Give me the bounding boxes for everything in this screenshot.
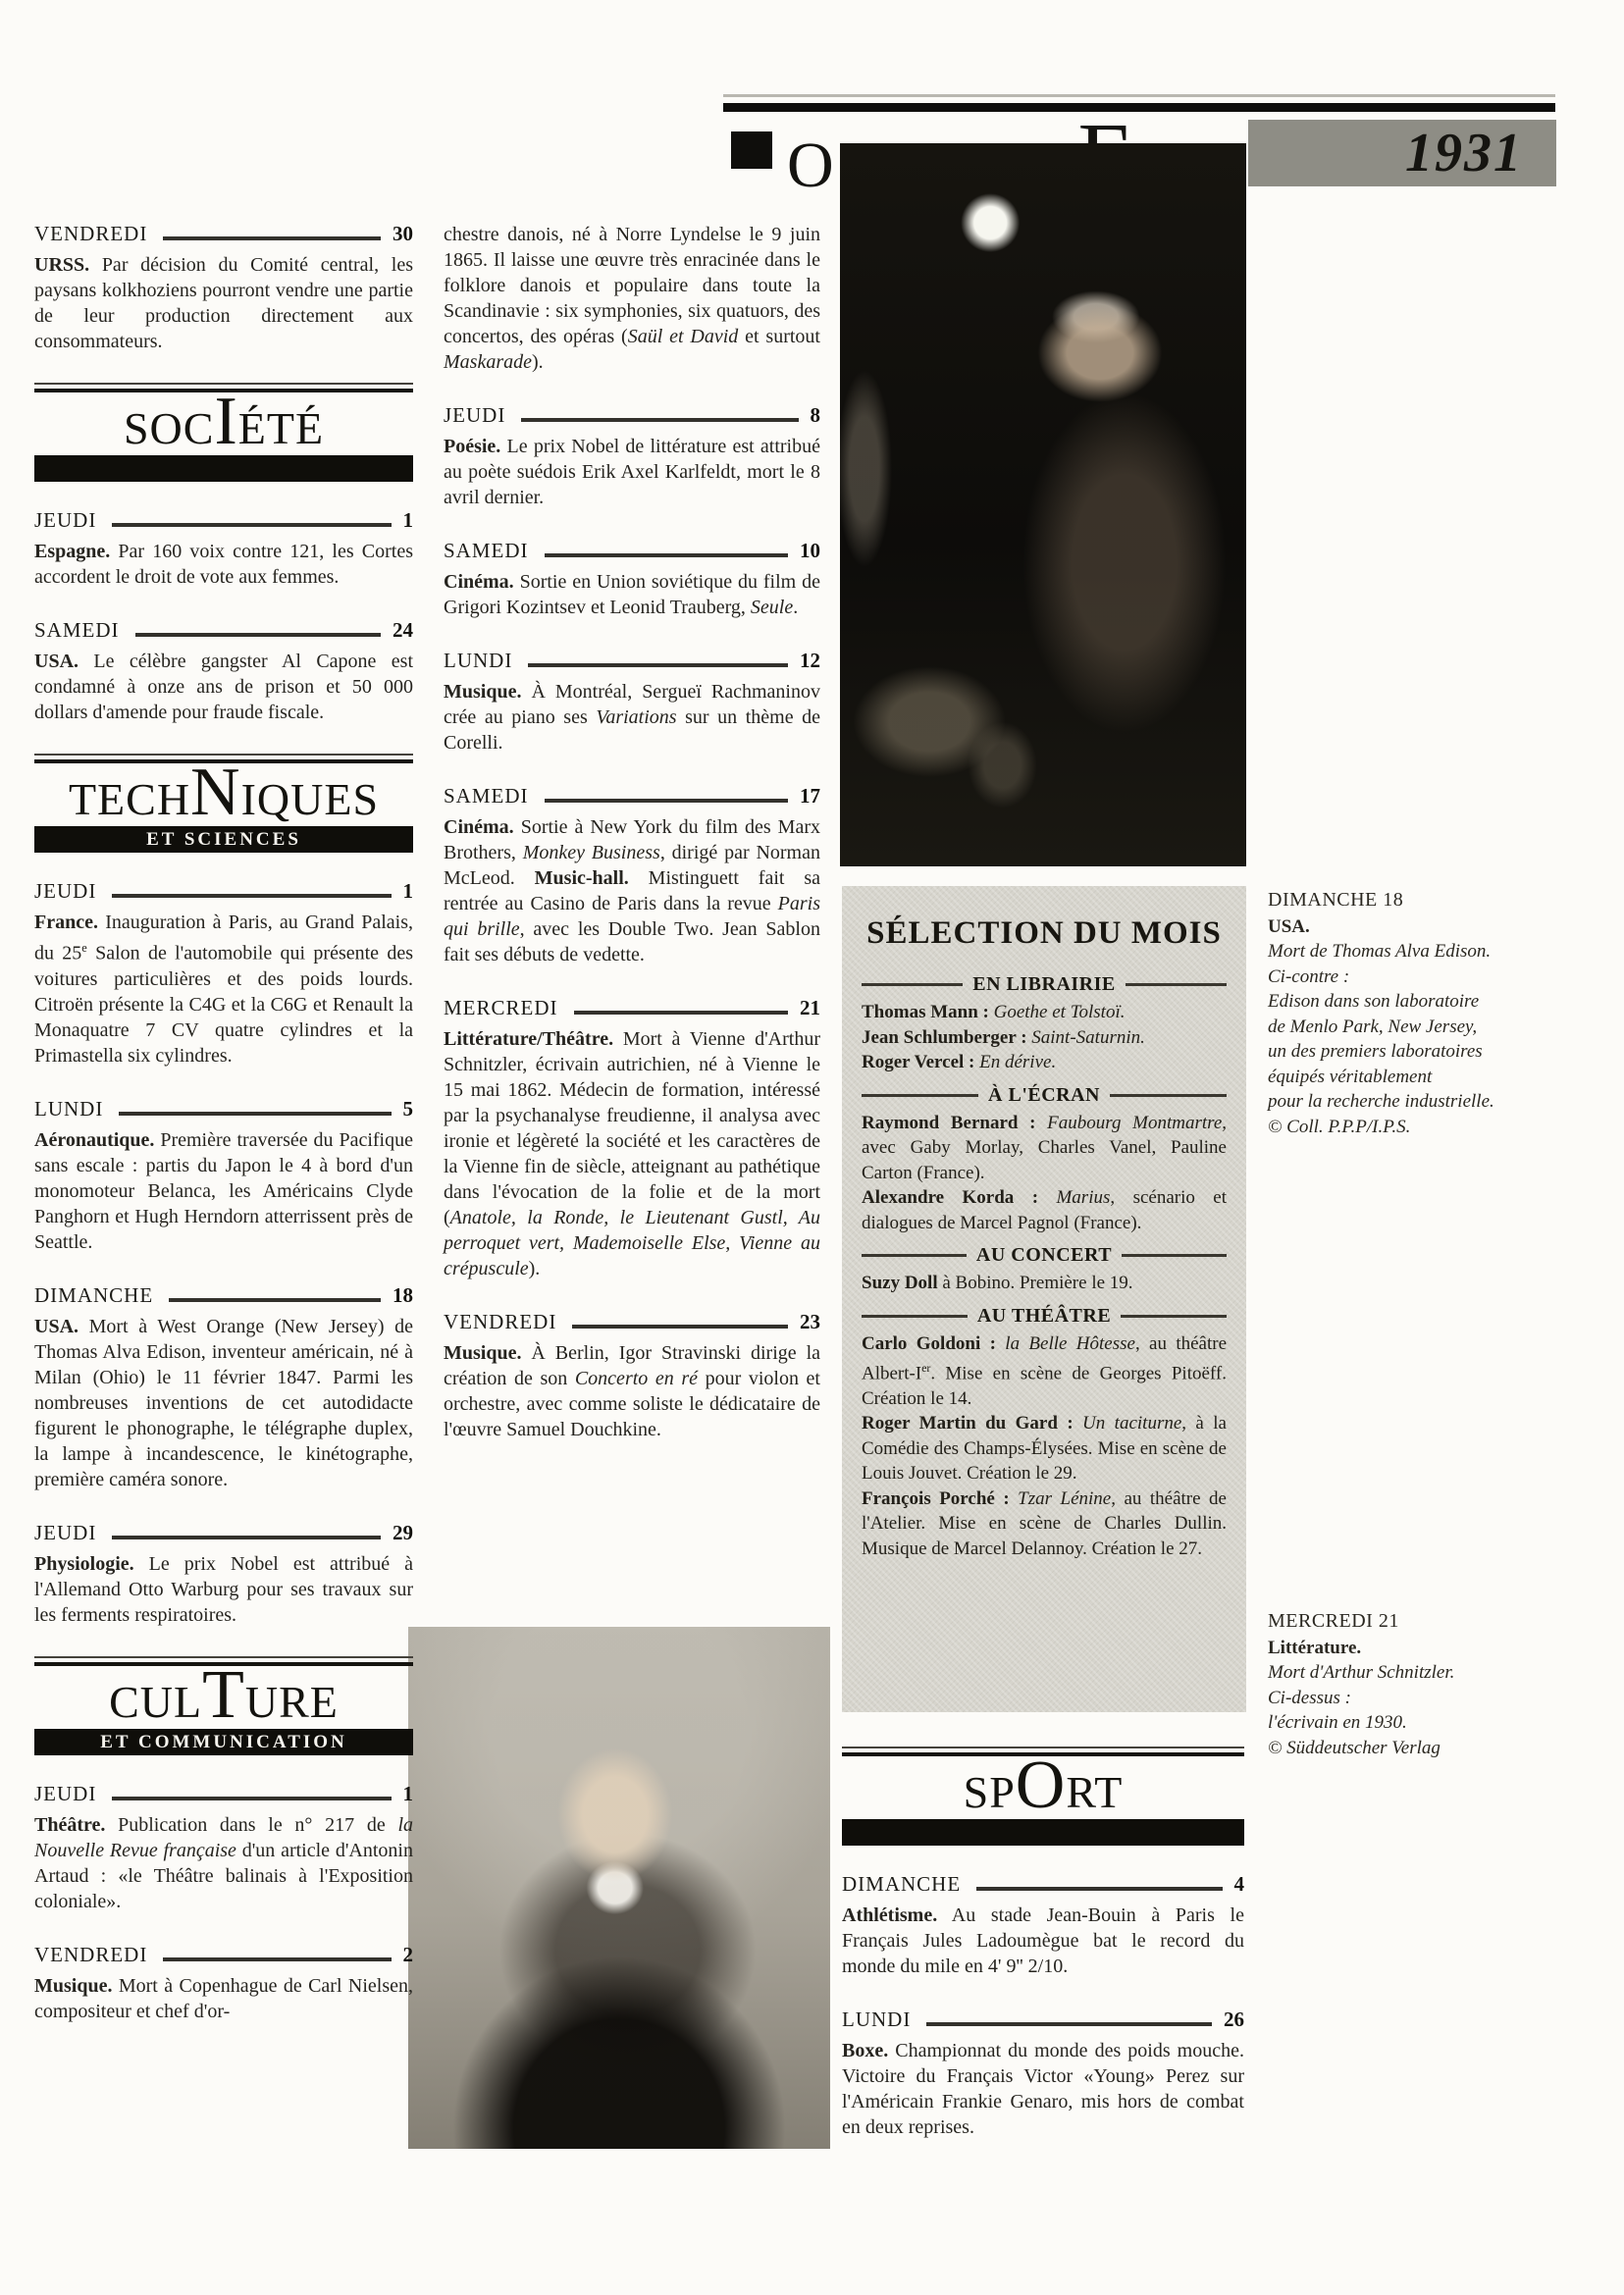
entry-text: Musique. À Montréal, Sergueï Rachmaninov… xyxy=(444,679,820,756)
caption-line: Edison dans son laboratoire xyxy=(1268,989,1592,1015)
entry-text: Poésie. Le prix Nobel de littérature est… xyxy=(444,434,820,510)
selection-title: SÉLECTION DU MOIS xyxy=(862,915,1227,952)
selection-subhead: À L'ÉCRAN xyxy=(862,1084,1227,1107)
entry-title: JEUDI1 xyxy=(34,508,413,533)
entry-title: LUNDI12 xyxy=(444,649,820,673)
text-segment: Physiologie. xyxy=(34,1553,134,1575)
text-segment xyxy=(1035,1113,1047,1133)
subhead-rule-right xyxy=(1122,1254,1227,1257)
text-segment: Par décision du Comité central, les pays… xyxy=(34,254,413,352)
entry-title-rule xyxy=(112,523,391,527)
entry-title-rule xyxy=(135,633,381,637)
entry-title: SAMEDI17 xyxy=(444,784,820,808)
year-text: 1931 xyxy=(1405,122,1523,184)
text-segment: Le prix Nobel de littérature est attribu… xyxy=(444,436,820,508)
photo-caption-edison: DIMANCHE 18USA.Mort de Thomas Alva Ediso… xyxy=(1268,888,1592,1139)
selection-du-mois-box: SÉLECTION DU MOIS EN LIBRAIRIEThomas Man… xyxy=(842,886,1246,1712)
text-segment: Cinéma. xyxy=(444,571,514,593)
text-segment: la Belle Hôtesse xyxy=(1005,1333,1135,1354)
entry-jeudi-1: JEUDI1Espagne. Par 160 voix contre 121, … xyxy=(34,508,413,590)
entry-text: Musique. Mort à Copenhague de Carl Niels… xyxy=(34,1973,413,2024)
entry-title-rule xyxy=(169,1298,381,1302)
entry-title-rule xyxy=(112,1536,381,1539)
column-sport: SPORTDIMANCHE4Athlétisme. Au stade Jean-… xyxy=(842,1739,1244,2168)
entry-title: DIMANCHE18 xyxy=(34,1283,413,1308)
entry-title-rule xyxy=(545,553,788,557)
entry-jeudi-1: JEUDI1France. Inauguration à Paris, au G… xyxy=(34,879,413,1069)
text-segment: Thomas Mann : xyxy=(862,1002,989,1022)
entry-title: JEUDI8 xyxy=(444,403,820,428)
caption-line: © Coll. P.P.P/I.P.S. xyxy=(1268,1115,1592,1140)
section-subtitle-bar xyxy=(34,455,413,482)
entry-day-label: JEUDI xyxy=(34,508,96,533)
subhead-label: À L'ÉCRAN xyxy=(978,1084,1110,1107)
text-segment: François Porché : xyxy=(862,1488,1010,1509)
caption-line: © Süddeutscher Verlag xyxy=(1268,1736,1592,1761)
section-title: SOCIÉTÉ xyxy=(34,392,413,453)
text-segment: Carlo Goldoni : xyxy=(862,1333,996,1354)
selection-groups: EN LIBRAIRIEThomas Mann : Goethe et Tols… xyxy=(862,973,1227,1561)
subhead-rule-right xyxy=(1121,1315,1227,1318)
entry-date-number: 18 xyxy=(393,1283,413,1308)
entry-samedi-17: SAMEDI17Cinéma. Sortie à New York du fil… xyxy=(444,784,820,967)
caption-line: Mort de Thomas Alva Edison. xyxy=(1268,939,1592,965)
entry-date-number: 1 xyxy=(403,1782,414,1806)
entry-date-number: 30 xyxy=(393,222,413,246)
caption-line: de Menlo Park, New Jersey, xyxy=(1268,1015,1592,1040)
text-segment: Faubourg Montmartre xyxy=(1047,1113,1222,1133)
section-header-techniques: TECHNIQUESET SCIENCES xyxy=(34,754,413,853)
caption-line: équipés véritablement xyxy=(1268,1065,1592,1090)
text-segment: Théâtre. xyxy=(34,1814,105,1836)
text-segment: Aéronautique. xyxy=(34,1129,154,1151)
caption-line: USA. xyxy=(1268,914,1592,940)
entry-day-label: DIMANCHE xyxy=(34,1283,153,1308)
entry-date-number: 5 xyxy=(403,1097,414,1121)
schnitzler-portrait-photo xyxy=(408,1627,830,2149)
selection-item: Raymond Bernard : Faubourg Montmartre, a… xyxy=(862,1111,1227,1186)
entry-date-number: 10 xyxy=(800,539,820,563)
text-segment: er xyxy=(921,1362,930,1375)
text-segment xyxy=(996,1333,1005,1354)
entry-date-number: 2 xyxy=(403,1943,414,1967)
text-segment: Concerto en ré xyxy=(575,1368,698,1389)
entry-title: VENDREDI30 xyxy=(34,222,413,246)
caption-line: Littérature. xyxy=(1268,1636,1592,1661)
entry-title-rule xyxy=(521,418,798,422)
entry-dimanche-18: DIMANCHE18USA. Mort à West Orange (New J… xyxy=(34,1283,413,1492)
entry-text: Aéronautique. Première traversée du Paci… xyxy=(34,1127,413,1255)
subhead-rule-right xyxy=(1110,1094,1227,1097)
entry-title: LUNDI5 xyxy=(34,1097,413,1121)
entry-day-label: VENDREDI xyxy=(34,1943,147,1967)
entry-text: Cinéma. Sortie à New York du film des Ma… xyxy=(444,814,820,967)
text-segment: Anatole, la Ronde, le Lieutenant Gustl, … xyxy=(444,1207,820,1279)
entry-date-number: 23 xyxy=(800,1310,820,1334)
year-badge: 1931 xyxy=(1248,120,1556,186)
caption-line: pour la recherche industrielle. xyxy=(1268,1089,1592,1115)
entry-date-number: 8 xyxy=(811,403,821,428)
subhead-rule-left xyxy=(862,983,963,986)
text-segment: Le célèbre gangster Al Capone est condam… xyxy=(34,651,413,723)
entry-title-rule xyxy=(163,1957,391,1961)
entry-text: Cinéma. Sortie en Union soviétique du fi… xyxy=(444,569,820,620)
selection-subhead: AU CONCERT xyxy=(862,1244,1227,1267)
entry-day-label: MERCREDI xyxy=(444,996,558,1020)
entry-day-label: VENDREDI xyxy=(34,222,147,246)
text-segment: Saül et David xyxy=(628,326,739,347)
entry-day-label: JEUDI xyxy=(444,403,505,428)
text-segment: Raymond Bernard : xyxy=(862,1113,1035,1133)
entry-date-number: 24 xyxy=(393,618,413,643)
entry-title: JEUDI29 xyxy=(34,1521,413,1545)
text-segment: Monkey Business xyxy=(523,842,660,863)
entry-title: DIMANCHE4 xyxy=(842,1872,1244,1897)
entry-samedi-10: SAMEDI10Cinéma. Sortie en Union soviétiq… xyxy=(444,539,820,620)
selection-item: Roger Vercel : En dérive. xyxy=(862,1050,1227,1075)
column-middle: chestre danois, né à Norre Lyndelse le 9… xyxy=(444,222,820,1471)
entry-title-rule xyxy=(528,663,788,667)
entry-text: Boxe. Championnat du monde des poids mou… xyxy=(842,2038,1244,2140)
text-segment: Littérature/Théâtre. xyxy=(444,1028,613,1050)
section-title-bigletter: I xyxy=(214,384,237,459)
text-segment: Mort à Vienne d'Arthur Schnitzler, écriv… xyxy=(444,1028,820,1228)
selection-item: Alexandre Korda : Marius, scénario et di… xyxy=(862,1185,1227,1235)
text-segment: Musique. xyxy=(444,1342,521,1364)
entry-date-number: 29 xyxy=(393,1521,413,1545)
text-segment: Marius xyxy=(1056,1187,1110,1208)
text-segment: Saint-Saturnin. xyxy=(1031,1027,1145,1048)
text-segment: USA. xyxy=(34,651,79,672)
entry-day-label: LUNDI xyxy=(842,2008,911,2032)
entry-day-label: JEUDI xyxy=(34,1782,96,1806)
entry-date-number: 1 xyxy=(403,508,414,533)
entry-title-rule xyxy=(926,2022,1212,2026)
text-segment: Roger Vercel : xyxy=(862,1052,974,1072)
selection-item: Thomas Mann : Goethe et Tolstoï. xyxy=(862,1000,1227,1025)
entry-title: JEUDI1 xyxy=(34,1782,413,1806)
entry-text: URSS. Par décision du Comité central, le… xyxy=(34,252,413,354)
text-segment: Espagne. xyxy=(34,541,110,562)
entry-title-rule xyxy=(112,894,391,898)
text-segment: Musique. xyxy=(444,681,521,703)
caption-day: DIMANCHE 18 xyxy=(1268,888,1592,913)
caption-line: Ci-contre : xyxy=(1268,965,1592,990)
entry-day-label: SAMEDI xyxy=(444,784,529,808)
entry-text: France. Inauguration à Paris, au Grand P… xyxy=(34,910,413,1069)
text-segment: Musique. xyxy=(34,1975,112,1997)
subhead-label: AU CONCERT xyxy=(967,1244,1122,1267)
caption-line: Ci-dessus : xyxy=(1268,1686,1592,1711)
entry-title-rule xyxy=(112,1797,391,1800)
entry-lundi-26: LUNDI26Boxe. Championnat du monde des po… xyxy=(842,2008,1244,2140)
entry-jeudi-29: JEUDI29Physiologie. Le prix Nobel est at… xyxy=(34,1521,413,1628)
entry-title: SAMEDI24 xyxy=(34,618,413,643)
entry-text: Physiologie. Le prix Nobel est attribué … xyxy=(34,1551,413,1628)
header-square-icon xyxy=(731,131,772,169)
section-title-text: URE xyxy=(245,1677,339,1727)
entry-day-label: SAMEDI xyxy=(444,539,529,563)
section-subtitle-bar: ET COMMUNICATION xyxy=(34,1729,413,1755)
section-header-sport: SPORT xyxy=(842,1747,1244,1846)
entry-lundi-12: LUNDI12Musique. À Montréal, Sergueï Rach… xyxy=(444,649,820,756)
entry-title: MERCREDI21 xyxy=(444,996,820,1020)
text-segment: Jean Schlumberger : xyxy=(862,1027,1027,1048)
text-segment: Boxe. xyxy=(842,2040,888,2061)
selection-item: Suzy Doll à Bobino. Première le 19. xyxy=(862,1271,1227,1296)
entry-date-number: 17 xyxy=(800,784,820,808)
subhead-label: AU THÉÂTRE xyxy=(968,1305,1121,1328)
entry-title: SAMEDI10 xyxy=(444,539,820,563)
text-segment xyxy=(1038,1187,1056,1208)
caption-line: Mort d'Arthur Schnitzler. xyxy=(1268,1660,1592,1686)
text-segment: . xyxy=(793,597,798,618)
text-segment xyxy=(1074,1413,1082,1434)
entry-text: USA. Le célèbre gangster Al Capone est c… xyxy=(34,649,413,725)
text-segment: Alexandre Korda : xyxy=(862,1187,1038,1208)
caption-line: l'écrivain en 1930. xyxy=(1268,1710,1592,1736)
entry-dimanche-4: DIMANCHE4Athlétisme. Au stade Jean-Bouin… xyxy=(842,1872,1244,1979)
section-title-text: RT xyxy=(1066,1767,1123,1817)
section-title: CULTURE xyxy=(34,1666,413,1727)
text-segment: Variations xyxy=(596,706,676,728)
entry-vendredi-2: VENDREDI2Musique. Mort à Copenhague de C… xyxy=(34,1943,413,2024)
entry-vendredi-23: VENDREDI23Musique. À Berlin, Igor Stravi… xyxy=(444,1310,820,1442)
entry-date-number: 4 xyxy=(1234,1872,1245,1897)
entry-date-number: 12 xyxy=(800,649,820,673)
entry-day-label: DIMANCHE xyxy=(842,1872,961,1897)
section-header-société: SOCIÉTÉ xyxy=(34,383,413,482)
section-title-bigletter: T xyxy=(202,1657,245,1733)
header-rule-shadow xyxy=(723,94,1555,97)
text-segment xyxy=(1010,1488,1019,1509)
section-title-text: CUL xyxy=(109,1677,202,1727)
section-title: TECHNIQUES xyxy=(34,763,413,824)
continuation-text: chestre danois, né à Norre Lyndelse le 9… xyxy=(444,222,820,375)
entry-day-label: VENDREDI xyxy=(444,1310,556,1334)
selection-item: Carlo Goldoni : la Belle Hôtesse, au thé… xyxy=(862,1331,1227,1412)
entry-samedi-24: SAMEDI24USA. Le célèbre gangster Al Capo… xyxy=(34,618,413,725)
column-left: VENDREDI30URSS. Par décision du Comité c… xyxy=(34,222,413,2053)
text-segment: Mort à West Orange (New Jersey) de Thoma… xyxy=(34,1316,413,1490)
text-segment: Championnat du monde des poids mouche. V… xyxy=(842,2040,1244,2138)
text-segment: Maskarade xyxy=(444,351,532,373)
text-segment: USA. xyxy=(34,1316,79,1337)
entry-title-rule xyxy=(976,1887,1222,1891)
photo-caption-schnitzler: MERCREDI 21Littérature.Mort d'Arthur Sch… xyxy=(1268,1609,1592,1760)
entry-title-rule xyxy=(545,799,788,803)
text-segment: Roger Martin du Gard : xyxy=(862,1413,1074,1434)
selection-item: Jean Schlumberger : Saint-Saturnin. xyxy=(862,1025,1227,1051)
entry-date-number: 21 xyxy=(800,996,820,1020)
text-segment: France. xyxy=(34,912,98,933)
entry-jeudi-1: JEUDI1Théâtre. Publication dans le n° 21… xyxy=(34,1782,413,1914)
text-segment: Tzar Lénine xyxy=(1018,1488,1111,1509)
entry-day-label: SAMEDI xyxy=(34,618,120,643)
section-title-text: IQUES xyxy=(241,774,379,824)
subhead-rule-left xyxy=(862,1254,967,1257)
entry-title-rule xyxy=(119,1112,391,1116)
selection-item: François Porché : Tzar Lénine, au théâtr… xyxy=(862,1487,1227,1562)
entry-title: LUNDI26 xyxy=(842,2008,1244,2032)
caption-day: MERCREDI 21 xyxy=(1268,1609,1592,1635)
text-segment: Seule xyxy=(751,597,793,618)
entry-day-label: JEUDI xyxy=(34,879,96,904)
text-segment: Goethe et Tolstoï. xyxy=(994,1002,1126,1022)
text-segment: Suzy Doll xyxy=(862,1273,938,1293)
entry-title: JEUDI1 xyxy=(34,879,413,904)
entry-title-rule xyxy=(163,236,381,240)
entry-text: Littérature/Théâtre. Mort à Vienne d'Art… xyxy=(444,1026,820,1281)
text-segment: Cinéma. xyxy=(444,816,514,838)
selection-subhead: AU THÉÂTRE xyxy=(862,1305,1227,1328)
entry-text: Musique. À Berlin, Igor Stravinski dirig… xyxy=(444,1340,820,1442)
entry-text: Athlétisme. Au stade Jean-Bouin à Paris … xyxy=(842,1903,1244,1979)
entry-date-number: 1 xyxy=(403,879,414,904)
text-segment: ). xyxy=(532,351,544,373)
entry-day-label: JEUDI xyxy=(34,1521,96,1545)
text-segment: et surtout xyxy=(738,326,820,347)
section-title: SPORT xyxy=(842,1756,1244,1817)
entry-lundi-5: LUNDI5Aéronautique. Première traversée d… xyxy=(34,1097,413,1255)
entry-vendredi-30: VENDREDI30URSS. Par décision du Comité c… xyxy=(34,222,413,354)
section-title-text: ÉTÉ xyxy=(238,403,324,453)
subhead-label: EN LIBRAIRIE xyxy=(963,973,1125,996)
section-title-bigletter: N xyxy=(190,755,241,830)
entry-title-rule xyxy=(574,1011,788,1015)
caption-line: un des premiers laboratoires xyxy=(1268,1039,1592,1065)
text-segment: URSS. xyxy=(34,254,89,276)
text-segment: Poésie. xyxy=(444,436,500,457)
selection-subhead: EN LIBRAIRIE xyxy=(862,973,1227,996)
text-segment: En dérive. xyxy=(979,1052,1056,1072)
text-segment: Salon de l'automobile qui présente des v… xyxy=(34,943,413,1067)
section-subtitle-bar: ET SCIENCES xyxy=(34,826,413,853)
text-segment: ). xyxy=(529,1258,541,1279)
entry-mercredi-21: MERCREDI21Littérature/Théâtre. Mort à Vi… xyxy=(444,996,820,1281)
section-title-text: SOC xyxy=(124,403,214,453)
entry-text: USA. Mort à West Orange (New Jersey) de … xyxy=(34,1314,413,1492)
selection-item: Roger Martin du Gard : Un taciturne, à l… xyxy=(862,1411,1227,1487)
text-segment: Music-hall. xyxy=(535,867,629,889)
text-segment: Athlétisme. xyxy=(842,1904,937,1926)
text-segment: à Bobino. Première le 19. xyxy=(938,1273,1133,1293)
subhead-rule-left xyxy=(862,1094,978,1097)
entry-day-label: LUNDI xyxy=(34,1097,103,1121)
entry-text: Espagne. Par 160 voix contre 121, les Co… xyxy=(34,539,413,590)
edison-laboratory-photo xyxy=(840,143,1246,866)
section-title-text: TECH xyxy=(69,774,190,824)
entry-text: Théâtre. Publication dans le n° 217 de l… xyxy=(34,1812,413,1914)
subhead-rule-right xyxy=(1126,983,1227,986)
entry-date-number: 26 xyxy=(1224,2008,1244,2032)
magazine-page: OCTOBRE 1931 VENDREDI30URSS. Par décisio… xyxy=(0,0,1624,2295)
entry-day-label: LUNDI xyxy=(444,649,512,673)
entry-title-rule xyxy=(572,1325,788,1329)
section-title-bigletter: O xyxy=(1016,1747,1067,1823)
entry-jeudi-8: JEUDI8Poésie. Le prix Nobel de littératu… xyxy=(444,403,820,510)
section-title-text: SP xyxy=(964,1767,1016,1817)
text-segment: Un taciturne xyxy=(1082,1413,1181,1434)
entry-title: VENDREDI2 xyxy=(34,1943,413,1967)
entry-title: VENDREDI23 xyxy=(444,1310,820,1334)
text-segment: Publication dans le n° 217 de xyxy=(105,1814,397,1836)
section-subtitle-bar xyxy=(842,1819,1244,1846)
section-header-culture: CULTUREET COMMUNICATION xyxy=(34,1656,413,1755)
subhead-rule-left xyxy=(862,1315,968,1318)
